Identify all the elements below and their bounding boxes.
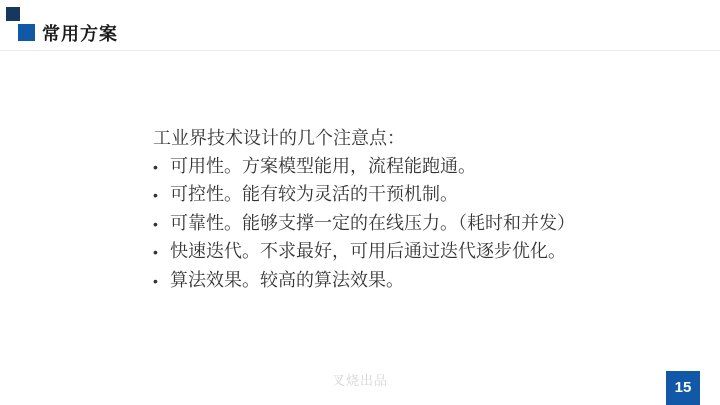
bullet-text: 算法效果。较高的算法效果。 [170, 267, 404, 295]
bullet-item: • 可控性。能有较为灵活的干预机制。 [153, 181, 623, 210]
bullet-list: • 可用性。方案模型能用，流程能跑通。 • 可控性。能有较为灵活的干预机制。 •… [153, 153, 623, 296]
bullet-text: 可控性。能有较为灵活的干预机制。 [170, 181, 458, 209]
bullet-dot: • [153, 211, 170, 239]
bullet-item: • 可靠性。能够支撑一定的在线压力。（耗时和并发） [153, 210, 623, 239]
bullet-text: 快速迭代。不求最好，可用后通过迭代逐步优化。 [170, 238, 566, 266]
bullet-dot: • [153, 182, 170, 210]
bullet-text: 可用性。方案模型能用，流程能跑通。 [170, 153, 476, 181]
accent-square-dark [6, 7, 20, 21]
bullet-text: 可靠性。能够支撑一定的在线压力。（耗时和并发） [170, 210, 575, 238]
slide: 常用方案 工业界技术设计的几个注意点： • 可用性。方案模型能用，流程能跑通。 … [0, 0, 720, 405]
page-number-badge: 15 [666, 371, 700, 405]
intro-line: 工业界技术设计的几个注意点： [153, 125, 623, 153]
bullet-item: • 快速迭代。不求最好，可用后通过迭代逐步优化。 [153, 238, 623, 267]
header-divider [0, 50, 720, 51]
bullet-item: • 算法效果。较高的算法效果。 [153, 267, 623, 296]
bullet-dot: • [153, 268, 170, 296]
bullet-dot: • [153, 239, 170, 267]
footer-credit: 叉烧出品 [0, 370, 720, 389]
page-title: 常用方案 [42, 20, 118, 46]
content-block: 工业界技术设计的几个注意点： • 可用性。方案模型能用，流程能跑通。 • 可控性… [153, 125, 623, 295]
bullet-item: • 可用性。方案模型能用，流程能跑通。 [153, 153, 623, 182]
accent-square-blue [18, 24, 35, 41]
bullet-dot: • [153, 154, 170, 182]
